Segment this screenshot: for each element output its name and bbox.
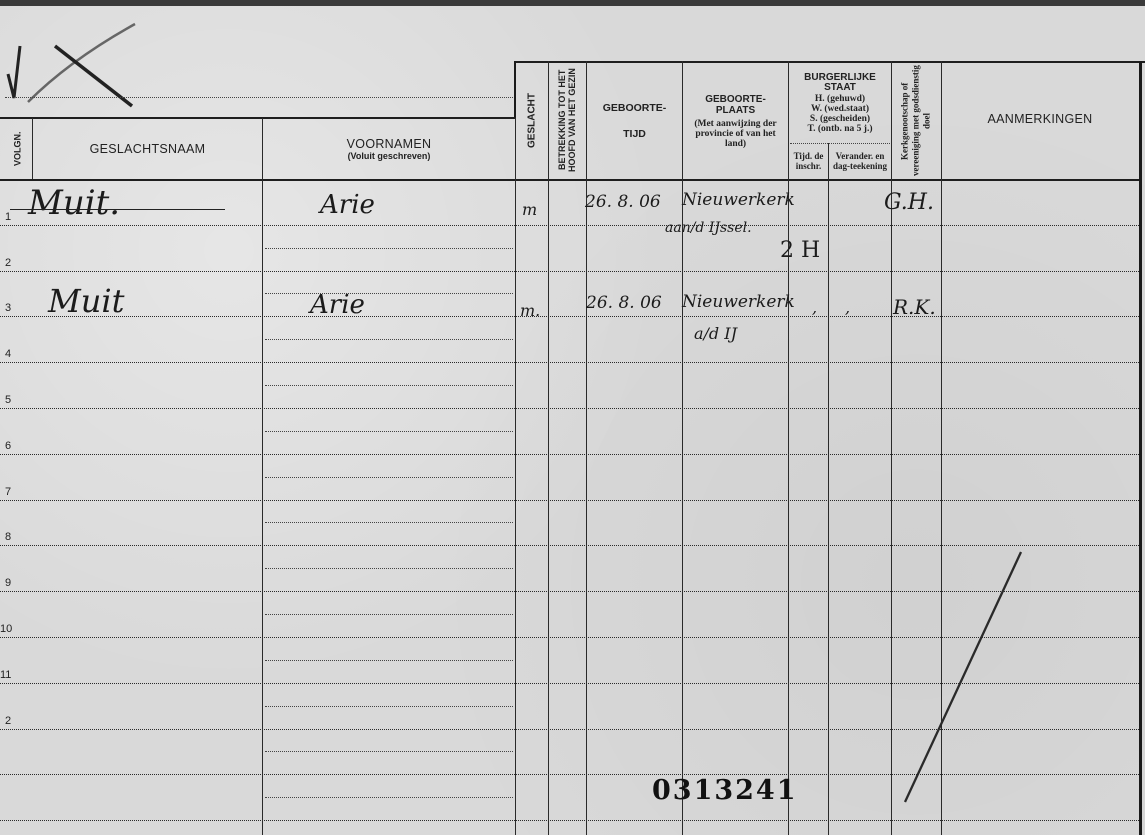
voornamen-subline <box>265 614 513 615</box>
header-bs-2: STAAT <box>824 83 856 94</box>
header-bs-verander: Verander. en dag-teekening <box>829 144 891 178</box>
row-divider <box>0 362 1139 363</box>
header-geboortetijd-1: GEBOORTE- <box>603 102 667 114</box>
row-number: 11 <box>0 669 11 681</box>
header-betrekking: BETREKKING TOT HET HOOFD VAN HET GEZIN <box>550 64 584 176</box>
voornamen-subline <box>265 248 513 249</box>
header-bs-tijd: Tijd. de inschr. <box>789 144 828 178</box>
row-divider <box>0 820 1139 821</box>
row1-geslachtsnaam: Muit. <box>28 183 120 223</box>
header-bs-w: W. (wed.staat) <box>811 104 869 114</box>
row2-bs-tijd: , <box>812 298 817 317</box>
row-divider <box>0 408 1139 409</box>
check-cross-marks-icon <box>0 10 150 110</box>
header-voornamen: VOORNAMEN (Voluit geschreven) <box>263 120 515 178</box>
row-divider <box>0 271 1139 272</box>
header-aanmerkingen: AANMERKINGEN <box>942 64 1138 174</box>
row-number: 10 <box>0 623 12 635</box>
header-voornamen-sub: (Voluit geschreven) <box>348 151 431 161</box>
header-geslachtsnaam: GESLACHTSNAAM <box>33 120 262 178</box>
row2-geboorteplaats: Nieuwerkerk <box>682 292 795 312</box>
row1-voornamen: Arie <box>320 190 375 220</box>
voornamen-subline <box>265 477 513 478</box>
voornamen-subline <box>265 568 513 569</box>
header-geboortetijd-2: TIJD <box>623 128 646 140</box>
top-border <box>0 0 1145 6</box>
header-kerkgenootschap: Kerkgenootschap of vereeniging met godsd… <box>893 64 939 178</box>
row-number: 4 <box>5 348 11 360</box>
row1-geboorteplaats-2: aan/d IJssel. <box>665 220 752 236</box>
row2-geslachtsnaam: Muit <box>48 282 124 320</box>
voornamen-subline <box>265 385 513 386</box>
header-geboorteplaats-sub: (Met aanwijzing der provincie of van het… <box>690 119 782 149</box>
row-number: 8 <box>5 531 11 543</box>
voornamen-subline <box>265 660 513 661</box>
frame-step <box>514 61 516 118</box>
header-bottom-line <box>0 179 1140 181</box>
row-divider <box>0 454 1139 455</box>
col-line <box>548 61 549 835</box>
row-number: 3 <box>5 302 11 314</box>
voornamen-subline <box>265 751 513 752</box>
row-number: 2 <box>5 715 11 727</box>
row1-kerk: G.H. <box>884 190 934 215</box>
header-geboorteplaats-1: GEBOORTE- <box>705 94 766 105</box>
row-divider <box>0 316 1139 317</box>
voornamen-subline <box>265 339 513 340</box>
header-voornamen-title: VOORNAMEN <box>347 137 432 151</box>
voornamen-subline <box>265 706 513 707</box>
row2-geslacht: m. <box>520 301 540 320</box>
header-geboorteplaats-2: PLAATS <box>716 105 755 116</box>
row-number: 9 <box>5 577 11 589</box>
row1-geslacht: m <box>522 200 537 219</box>
cancel-stroke-icon <box>880 540 1040 820</box>
row2-kerk: R.K. <box>893 295 936 319</box>
header-bs-t: T. (ontb. na 5 j.) <box>807 124 872 134</box>
voornamen-subline <box>265 431 513 432</box>
header-bs-s: S. (gescheiden) <box>810 114 870 124</box>
top-dotted-line <box>5 97 515 98</box>
header-geboortetijd: GEBOORTE- TIJD <box>587 64 682 178</box>
voornamen-subline <box>265 797 513 798</box>
row1-geboortetijd: 26. 8. 06 <box>585 192 661 212</box>
row2-geboortetijd: 26. 8. 06 <box>586 293 662 313</box>
voornamen-subline <box>265 522 513 523</box>
header-geboorteplaats: GEBOORTE- PLAATS (Met aanwijzing der pro… <box>683 64 788 178</box>
row-number: 5 <box>5 394 11 406</box>
header-bs-h: H. (gehuwd) <box>815 94 865 104</box>
row1-extra: 2 H <box>780 238 820 263</box>
frame-right <box>1139 61 1142 835</box>
row-divider <box>0 225 1139 226</box>
row2-voornamen: Arie <box>310 290 365 320</box>
col-line <box>828 143 829 835</box>
row-number: 7 <box>5 486 11 498</box>
row-number: 2 <box>5 257 11 269</box>
frame-top-left <box>0 117 516 119</box>
header-geslacht: GESLACHT <box>518 66 546 176</box>
row1-geboorteplaats: Nieuwerkerk <box>682 190 795 210</box>
row2-bs-verander: , <box>845 298 850 317</box>
row-number: 6 <box>5 440 11 452</box>
row-divider <box>0 500 1139 501</box>
stamp-number: 0313241 <box>652 775 798 806</box>
header-volgnr: VOLGN. <box>8 122 28 176</box>
register-card: VOLGN. GESLACHTSNAAM VOORNAMEN (Voluit g… <box>0 0 1145 835</box>
row-number: 1 <box>5 211 11 223</box>
header-burgerlijke-staat: BURGERLIJKE STAAT H. (gehuwd) W. (wed.st… <box>789 63 891 143</box>
voornamen-subline <box>265 293 513 294</box>
row1-strike-line <box>10 209 225 210</box>
row2-geboorteplaats-2: a/d IJ <box>694 324 737 343</box>
